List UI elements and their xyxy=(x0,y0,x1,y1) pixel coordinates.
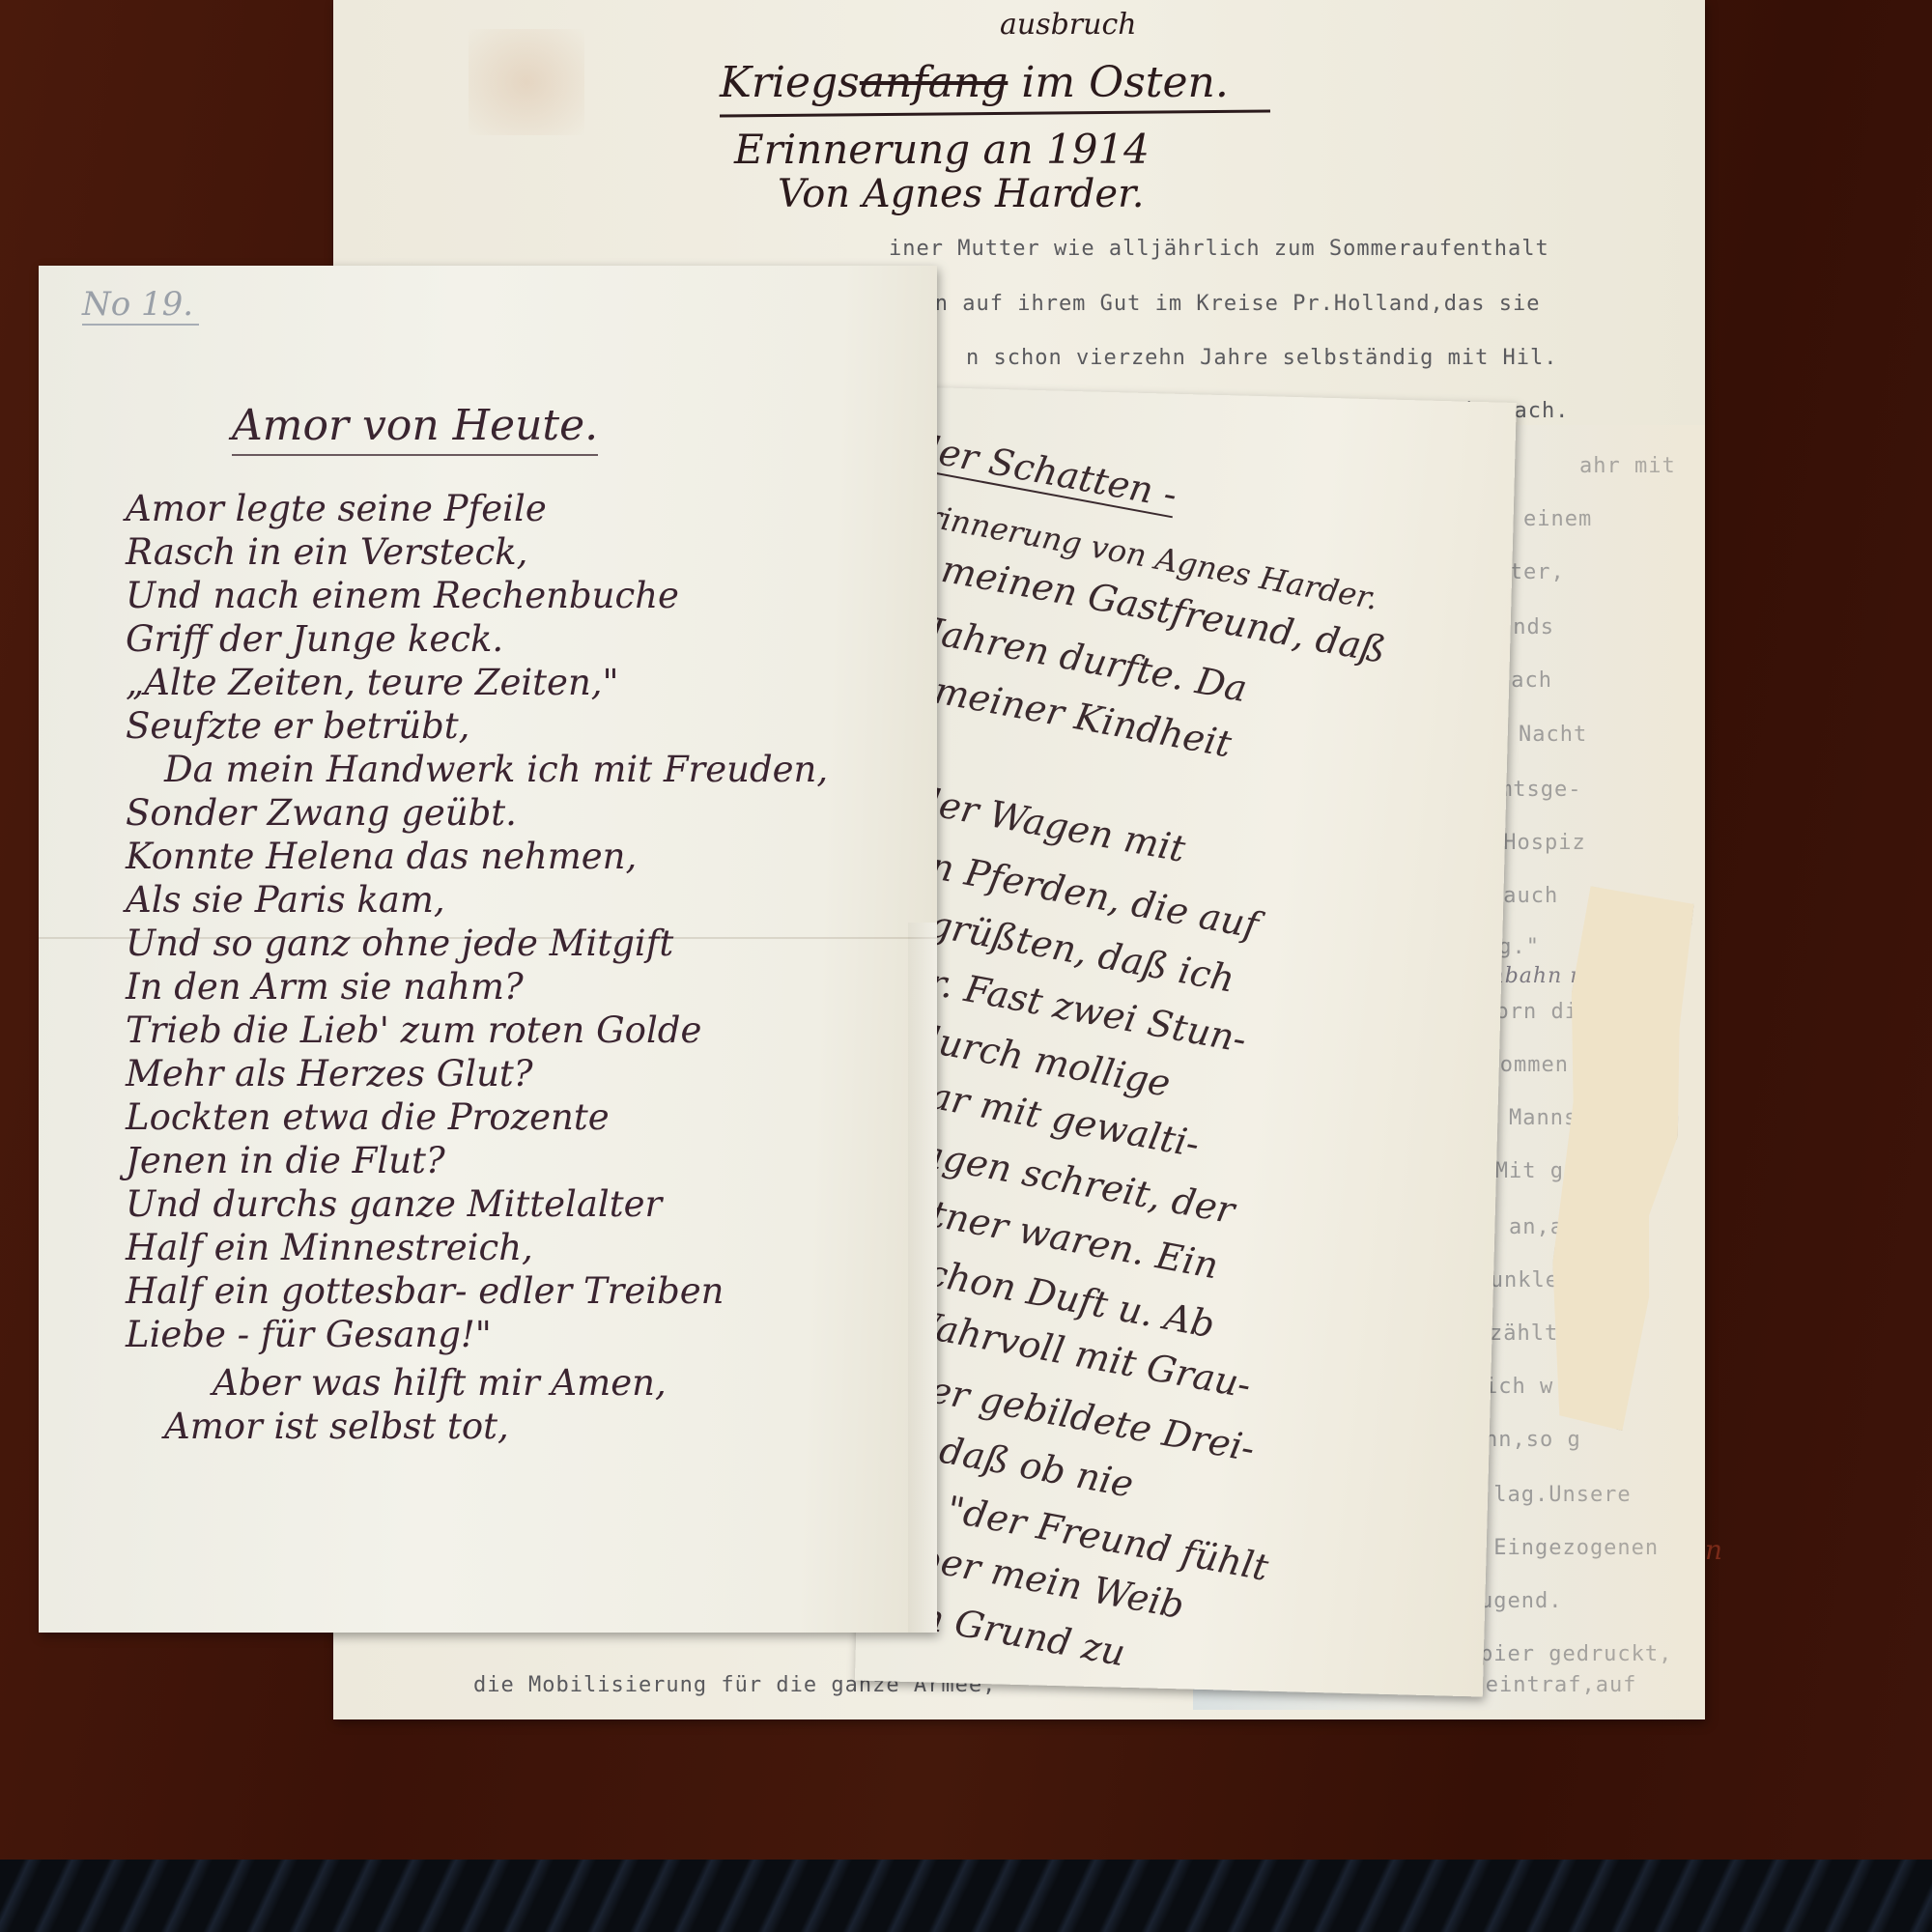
verse-line: Amor ist selbst tot, xyxy=(164,1406,509,1447)
paper-crease xyxy=(908,923,937,1633)
verse-line: Lockten etwa die Prozente xyxy=(126,1096,610,1138)
verse-line: Rasch in ein Versteck, xyxy=(126,531,527,573)
verse-line: Und durchs ganze Mittelalter xyxy=(126,1183,662,1225)
poem-letter: No 19. Amor von Heute. Amor legte seine … xyxy=(39,266,937,1633)
verse-line: Half ein Minnestreich, xyxy=(126,1227,533,1268)
heading-insertion: ausbruch xyxy=(1000,8,1137,42)
title-underline xyxy=(720,110,1270,118)
verse-line: Trieb die Lieb' zum roten Golde xyxy=(126,1009,701,1051)
verse-line: Amor legte seine Pfeile xyxy=(126,488,547,529)
verse-line: Aber was hilft mir Amen, xyxy=(213,1362,667,1404)
verse-line: Half ein gottesbar- edler Treiben xyxy=(126,1270,724,1312)
verse-line: „Alte Zeiten, teure Zeiten," xyxy=(126,662,619,703)
verse-line: Jenen in die Flut? xyxy=(126,1140,445,1181)
dark-cloth xyxy=(0,1860,1932,1932)
verse-line: Mehr als Herzes Glut? xyxy=(126,1053,533,1094)
title-kept: Kriegs xyxy=(720,58,860,107)
verse-line: Seufzte er betrübt, xyxy=(126,705,469,747)
verse-line: Griff der Junge keck. xyxy=(126,618,503,660)
typescript-title: Kriegsanfang im Osten. xyxy=(720,58,1229,107)
handwritten-middle-page: der Schatten - Erinnerung von Agnes Hard… xyxy=(855,386,1517,1697)
verse-line: Als sie Paris kam, xyxy=(126,879,445,921)
page-number: No 19. xyxy=(82,285,199,326)
typed-line: iner Mutter wie alljährlich zum Sommerau… xyxy=(889,237,1549,261)
verse-line: Sonder Zwang geübt. xyxy=(126,792,517,834)
verse-line: In den Arm sie nahm? xyxy=(126,966,524,1008)
typescript-subtitle: Erinnerung an 1914 xyxy=(734,126,1150,173)
verse-line: Und nach einem Rechenbuche xyxy=(126,575,679,616)
typed-line: ußen auf ihrem Gut im Kreise Pr.Holland,… xyxy=(894,292,1541,316)
title-struck: anfang xyxy=(860,58,1009,107)
verse-line: Liebe - für Gesang!" xyxy=(126,1314,492,1355)
paper-stain xyxy=(469,29,584,135)
verse-line: Konnte Helena das nehmen, xyxy=(126,836,637,877)
typed-line: n schon vierzehn Jahre selbständig mit H… xyxy=(966,346,1558,370)
verse-line: Und so ganz ohne jede Mitgift xyxy=(126,923,673,964)
verse-line: Da mein Handwerk ich mit Freuden, xyxy=(164,749,828,790)
typescript-author: Von Agnes Harder. xyxy=(778,172,1145,216)
poem-title: Amor von Heute. xyxy=(232,401,598,456)
title-rest: im Osten. xyxy=(1021,58,1228,107)
handwritten-correction: n xyxy=(1705,1534,1723,1566)
